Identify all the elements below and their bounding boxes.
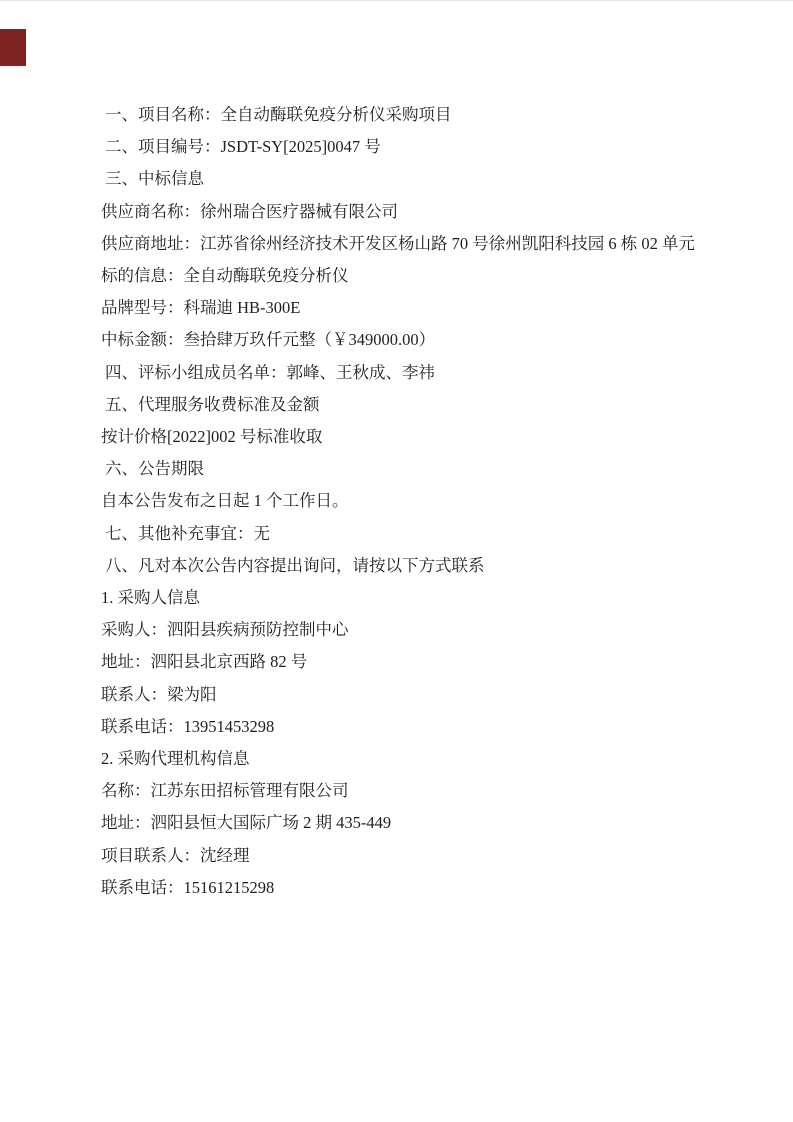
line-project-name: 一、项目名称：全自动酶联免疫分析仪采购项目 bbox=[101, 99, 761, 131]
announcement-body: 一、项目名称：全自动酶联免疫分析仪采购项目 二、项目编号：JSDT-SY[202… bbox=[101, 99, 761, 904]
line-award-amount: 中标金额：叁拾肆万玖仟元整（￥349000.00） bbox=[101, 324, 761, 356]
red-corner-mark bbox=[0, 29, 26, 66]
line-purchaser-info-heading: 1. 采购人信息 bbox=[101, 582, 761, 614]
line-brand-model: 品牌型号：科瑞迪 HB-300E bbox=[101, 292, 761, 324]
line-agency-phone: 联系电话：15161215298 bbox=[101, 872, 761, 904]
page-top-edge bbox=[0, 0, 793, 1]
line-agency-info-heading: 2. 采购代理机构信息 bbox=[101, 743, 761, 775]
line-other-matters: 七、其他补充事宜：无 bbox=[101, 518, 761, 550]
line-inquiry-heading: 八、凡对本次公告内容提出询问，请按以下方式联系 bbox=[101, 550, 761, 582]
line-supplier-address: 供应商地址：江苏省徐州经济技术开发区杨山路 70 号徐州凯阳科技园 6 栋 02… bbox=[101, 228, 761, 260]
line-purchaser-phone: 联系电话：13951453298 bbox=[101, 711, 761, 743]
line-agency-fee-standard: 按计价格[2022]002 号标准收取 bbox=[101, 421, 761, 453]
line-purchaser-contact: 联系人：梁为阳 bbox=[101, 679, 761, 711]
line-supplier-name: 供应商名称：徐州瑞合医疗器械有限公司 bbox=[101, 196, 761, 228]
line-announcement-period-heading: 六、公告期限 bbox=[101, 453, 761, 485]
line-purchaser-address: 地址：泗阳县北京西路 82 号 bbox=[101, 646, 761, 678]
line-project-number: 二、项目编号：JSDT-SY[2025]0047 号 bbox=[101, 131, 761, 163]
line-subject-info: 标的信息：全自动酶联免疫分析仪 bbox=[101, 260, 761, 292]
line-award-info-heading: 三、中标信息 bbox=[101, 163, 761, 195]
line-agency-fee-heading: 五、代理服务收费标准及金额 bbox=[101, 389, 761, 421]
line-agency-name: 名称：江苏东田招标管理有限公司 bbox=[101, 775, 761, 807]
line-evaluation-committee: 四、评标小组成员名单：郭峰、王秋成、李祎 bbox=[101, 357, 761, 389]
line-agency-contact: 项目联系人：沈经理 bbox=[101, 840, 761, 872]
line-announcement-period: 自本公告发布之日起 1 个工作日。 bbox=[101, 485, 761, 517]
line-agency-address: 地址：泗阳县恒大国际广场 2 期 435-449 bbox=[101, 807, 761, 839]
line-purchaser-name: 采购人：泗阳县疾病预防控制中心 bbox=[101, 614, 761, 646]
document-page: { "page": { "background": "#ffffff", "te… bbox=[0, 0, 793, 1122]
